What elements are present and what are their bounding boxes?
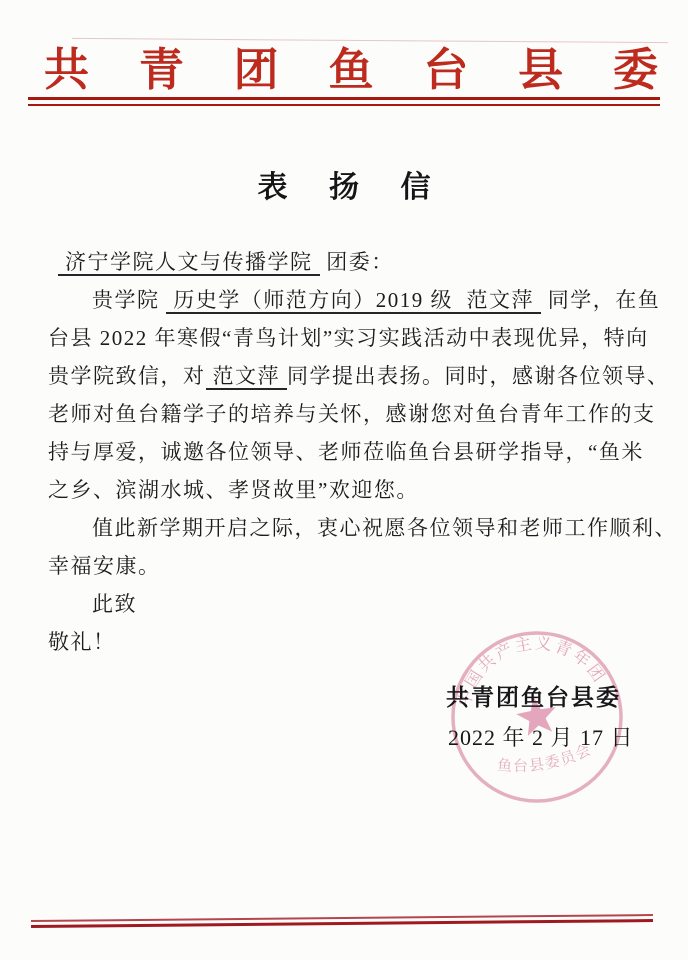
footer-double-rule xyxy=(31,914,653,928)
text-segment: 同学提出表扬。同时，感谢各位领导、 xyxy=(287,364,670,388)
text-segment: 同学，在鱼 xyxy=(541,288,660,312)
text-segment: 此致 xyxy=(92,592,137,616)
text-segment: 台县 2022 年寒假“青鸟计划”实习实践活动中表现优异，特向 xyxy=(48,326,649,350)
letter-line: 贵学院致信，对范文萍同学提出表扬。同时，感谢各位领导、 xyxy=(48,357,658,395)
org-title-char: 台 xyxy=(423,48,468,93)
org-title-char: 青 xyxy=(139,48,184,93)
underlined-text: 范文萍 xyxy=(206,364,288,390)
official-seal: 中国共产主义青年团 鱼台县委员会 xyxy=(434,614,640,820)
org-title: 共青团鱼台县委 xyxy=(44,48,658,93)
org-title-char: 县 xyxy=(518,48,563,93)
text-segment: 值此新学期开启之际，衷心祝愿各位领导和老师工作顺利、 xyxy=(92,516,677,540)
org-title-char: 团 xyxy=(234,48,279,93)
top-hairline-rule xyxy=(72,38,668,43)
underlined-text: 济宁学院人文与传播学院 xyxy=(58,250,320,276)
text-segment: 贵学院致信，对 xyxy=(48,364,206,388)
letter-title: 表 扬 信 xyxy=(0,162,688,206)
letter-line: 幸福安康。 xyxy=(48,547,658,585)
text-segment: 团委： xyxy=(320,250,394,274)
letter-page: 共青团鱼台县委 表 扬 信 济宁学院人文与传播学院 团委：贵学院 历史学（师范方… xyxy=(0,0,688,960)
org-title-char: 共 xyxy=(44,48,89,93)
header-double-rule xyxy=(28,97,660,106)
text-segment: 之乡、滨湖水城、孝贤故里”欢迎您。 xyxy=(48,478,419,502)
letter-body: 济宁学院人文与传播学院 团委：贵学院 历史学（师范方向）2019 级 范文萍 同… xyxy=(48,243,658,661)
letter-line: 贵学院 历史学（师范方向）2019 级 范文萍 同学，在鱼 xyxy=(48,281,658,319)
letter-line: 此致 xyxy=(48,585,658,623)
letter-line: 值此新学期开启之际，衷心祝愿各位领导和老师工作顺利、 xyxy=(48,509,658,547)
text-segment: 幸福安康。 xyxy=(48,554,161,578)
text-segment: 持与厚爱，诚邀各位领导、老师莅临鱼台县研学指导，“鱼米 xyxy=(48,440,644,464)
letter-line: 之乡、滨湖水城、孝贤故里”欢迎您。 xyxy=(48,471,658,509)
letter-line: 持与厚爱，诚邀各位领导、老师莅临鱼台县研学指导，“鱼米 xyxy=(48,433,658,471)
letter-line: 济宁学院人文与传播学院 团委： xyxy=(48,243,658,281)
underlined-text: 历史学（师范方向）2019 级 范文萍 xyxy=(166,288,541,314)
org-title-char: 鱼 xyxy=(328,48,373,93)
text-segment: 贵学院 xyxy=(92,288,166,312)
signature-date: 2022 年 2 月 17 日 xyxy=(448,721,634,752)
letter-line: 老师对鱼台籍学子的培养与关怀，感谢您对鱼台青年工作的支 xyxy=(48,395,658,433)
org-title-char: 委 xyxy=(613,48,658,93)
text-segment: 敬礼！ xyxy=(48,630,116,654)
signature-org: 共青团鱼台县委 xyxy=(446,679,621,712)
text-segment: 老师对鱼台籍学子的培养与关怀，感谢您对鱼台青年工作的支 xyxy=(48,402,656,426)
letter-line: 台县 2022 年寒假“青鸟计划”实习实践活动中表现优异，特向 xyxy=(48,319,658,357)
